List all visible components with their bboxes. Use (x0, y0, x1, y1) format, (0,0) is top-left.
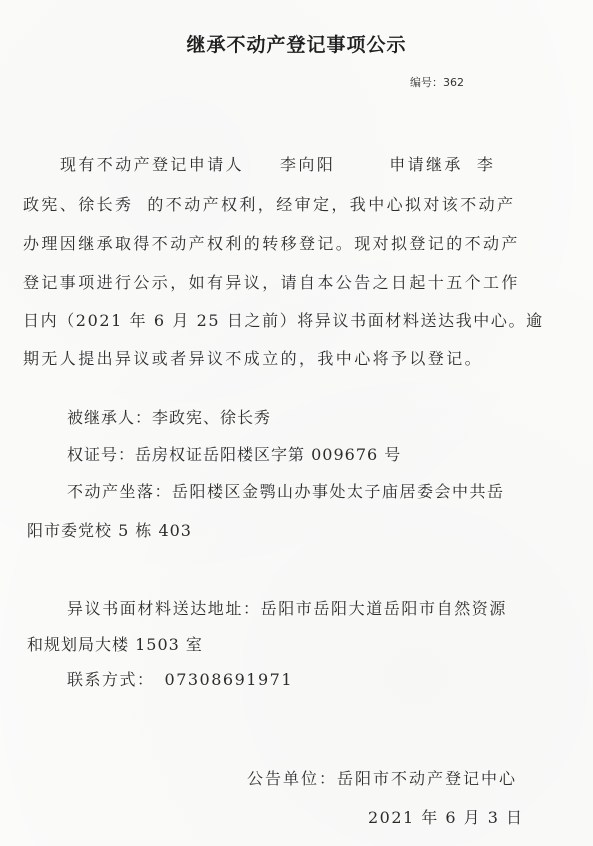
issuer-value: 岳阳市不动产登记中心 (337, 769, 517, 788)
body-line-2: 政宪、徐长秀的不动产权利，经审定，我中心拟对该不动产 (23, 192, 515, 215)
phone-row: 联系方式：07308691971 (67, 667, 293, 690)
document-page: 继承不动产登记事项公示 编号：362 现有不动产登记申请人李向阳申请继承李 政宪… (0, 0, 593, 846)
certificate-value: 岳房权证岳阳楼区字第 009676 号 (135, 445, 401, 464)
address-value: 岳阳市岳阳大道岳阳市自然资源 (261, 599, 507, 618)
issuer-row: 公告单位：岳阳市不动产登记中心 (247, 766, 517, 789)
certificate-label: 权证号： (67, 445, 135, 464)
document-title: 继承不动产登记事项公示 (0, 30, 593, 57)
location-row-cont: 阳市委党校 5 栋 403 (27, 518, 192, 541)
applicant-prefix: 现有不动产登记申请人 (60, 155, 244, 174)
issuer-label: 公告单位： (247, 769, 337, 788)
deceased-name-start: 李 (477, 155, 495, 174)
address-row: 异议书面材料送达地址：岳阳市岳阳大道岳阳市自然资源 (67, 596, 507, 619)
phone-label: 联系方式： (67, 670, 155, 689)
decedent-label: 被继承人： (67, 408, 152, 427)
address-row-cont: 和规划局大楼 1503 室 (27, 632, 203, 655)
body-line-5: 日内（2021 年 6 月 25 日之前）将异议书面材料送达我中心。逾 (23, 308, 544, 331)
phone-value: 07308691971 (165, 670, 293, 689)
body-line-1: 现有不动产登记申请人李向阳申请继承李 (60, 152, 495, 175)
serial-number: 编号：362 (410, 74, 464, 90)
serial-value: 362 (443, 76, 464, 89)
location-row: 不动产坐落：岳阳楼区金鹗山办事处太子庙居委会中共岳 (67, 479, 505, 502)
body-line-2-text: 的不动产权利，经审定，我中心拟对该不动产 (147, 195, 515, 214)
issue-date: 2021 年 6 月 3 日 (368, 805, 524, 828)
location-value: 岳阳楼区金鹗山办事处太子庙居委会中共岳 (172, 482, 505, 501)
certificate-row: 权证号：岳房权证岳阳楼区字第 009676 号 (67, 442, 401, 465)
address-label: 异议书面材料送达地址： (67, 599, 261, 618)
body-line-3: 办理因继承取得不动产权利的转移登记。现对拟登记的不动产 (23, 231, 520, 254)
applicant-name: 李向阳 (280, 155, 335, 174)
body-line-4: 登记事项进行公示，如有异议，请自本公告之日起十五个工作 (23, 270, 520, 293)
body-line-6: 期无人提出异议或者异议不成立的，我中心将予以登记。 (23, 346, 483, 369)
location-label: 不动产坐落： (67, 482, 172, 501)
inherit-prefix: 申请继承 (389, 155, 463, 174)
decedent-value: 李政宪、徐长秀 (152, 408, 271, 427)
serial-label: 编号： (410, 76, 443, 89)
decedent-row: 被继承人：李政宪、徐长秀 (67, 405, 271, 428)
deceased-name-end: 政宪、徐长秀 (23, 195, 133, 214)
